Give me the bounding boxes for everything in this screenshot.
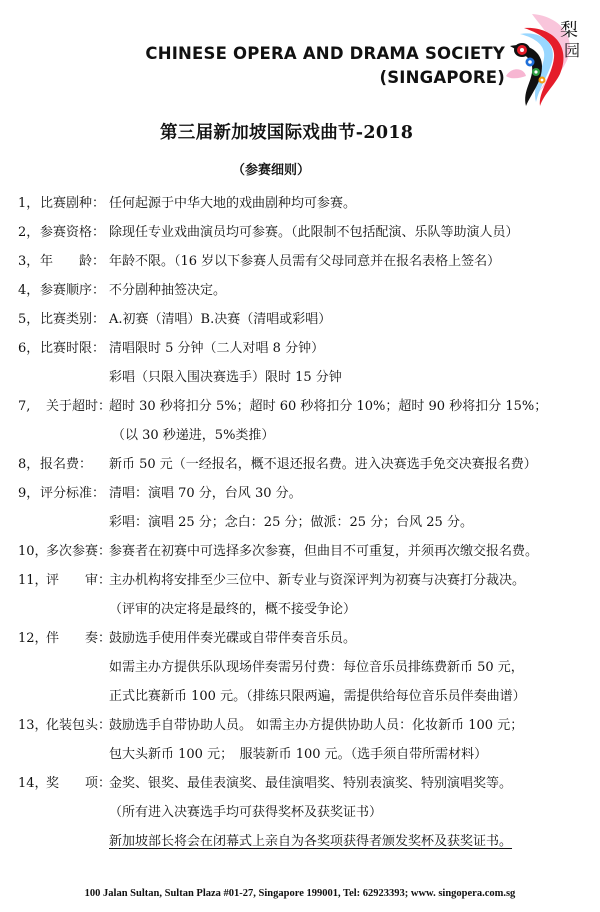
rule-text: 新加坡部长将会在闭幕式上亲自为各奖项获得者颁发奖杯及获奖证书。 xyxy=(109,834,512,850)
rule-label: 参赛顺序： xyxy=(40,283,105,299)
rule-number: 2， xyxy=(18,225,39,241)
rule-text: 除现任专业戏曲演员均可参赛。（此限制不包括配演、乐队等助演人员） xyxy=(109,225,519,241)
rule-label: 参赛资格： xyxy=(40,225,105,241)
rule-text: 参赛者在初赛中可选择多次参赛，但曲目不可重复，并须再次缴交报名费。 xyxy=(109,544,538,560)
rule-text: （所有进入决赛选手均可获得奖杯及获奖证书） xyxy=(109,805,382,821)
rule-number: 4， xyxy=(18,283,39,299)
svg-text:园: 园 xyxy=(564,41,580,60)
rule-text: （以 30 秒递进，5%类推） xyxy=(112,428,274,444)
rule-text: 新币 50 元（一经报名，概不退还报名费。进入决赛选手免交决赛报名费） xyxy=(109,457,537,473)
rule-text: 鼓励选手使用伴奏光碟或自带伴奏音乐员。 xyxy=(109,631,356,647)
org-name-line1: CHINESE OPERA AND DRAMA SOCIETY xyxy=(145,44,505,63)
rule-text: 正式比赛新币 100 元。（排练只限两遍，需提供给每位音乐员伴奏曲谱） xyxy=(109,689,526,705)
rule-text: 年龄不限。（16 岁以下参赛人员需有父母同意并在报名表格上签名） xyxy=(109,254,500,270)
rule-text: 清唱限时 5 分钟（二人对唱 8 分钟） xyxy=(109,341,324,357)
rule-number: 6， xyxy=(18,341,39,357)
footer-address: 100 Jalan Sultan, Sultan Plaza #01-27, S… xyxy=(0,888,600,899)
rule-text: 鼓励选手自带协助人员。 如需主办方提供协助人员：化妆新币 100 元； xyxy=(109,718,523,734)
rule-label: 多次参赛： xyxy=(46,544,111,560)
rule-label: 比赛类别： xyxy=(40,312,105,328)
rule-number: 13， xyxy=(18,718,48,734)
rule-label: 评分标准： xyxy=(40,486,105,502)
rule-label: 化装包头： xyxy=(46,718,111,734)
rule-label: 年 龄： xyxy=(40,254,105,270)
rule-text: 清唱：演唱 70 分，台风 30 分。 xyxy=(109,486,302,502)
rule-label: 报名费： xyxy=(40,457,92,473)
document-title: 第三届新加坡国际戏曲节-2018 xyxy=(160,119,413,144)
rule-text: 彩唱：演唱 25 分；念白：25 分；做派：25 分；台风 25 分。 xyxy=(109,515,473,531)
rule-number: 7, xyxy=(18,399,30,415)
rule-text: （评审的决定将是最终的，概不接受争论） xyxy=(109,602,356,618)
rule-text: 如需主办方提供乐队现场伴奏需另付费：每位音乐员排练费新币 50 元， xyxy=(109,660,524,676)
rule-label: 评 审： xyxy=(46,573,111,589)
org-name-line2: (SINGAPORE) xyxy=(379,68,505,87)
liyuan-logo-icon: 梨 园 xyxy=(502,6,598,110)
rule-number: 5， xyxy=(18,312,39,328)
rule-text: 主办机构将安排至少三位中、新专业与资深评判为初赛与决赛打分裁决。 xyxy=(109,573,525,589)
rule-number: 11， xyxy=(18,573,48,589)
rule-number: 8， xyxy=(18,457,39,473)
rule-text: 金奖、银奖、最佳表演奖、最佳演唱奖、特别表演奖、特别演唱奖等。 xyxy=(109,776,512,792)
rule-number: 12， xyxy=(18,631,48,647)
rule-text: 任何起源于中华大地的戏曲剧种均可参赛。 xyxy=(109,196,356,212)
rule-label: 奖 项： xyxy=(46,776,111,792)
rule-label: 比赛时限： xyxy=(40,341,105,357)
rule-number: 1， xyxy=(18,196,39,212)
logo-text: 梨 xyxy=(560,20,578,41)
rule-text: 不分剧种抽签决定。 xyxy=(109,283,226,299)
rule-number: 14， xyxy=(18,776,48,792)
rule-number: 10， xyxy=(18,544,48,560)
rule-text: 超时 30 秒将扣分 5%；超时 60 秒将扣分 10%；超时 90 秒将扣分 … xyxy=(109,399,547,415)
rule-text: A.初赛（清唱）B.决赛（清唱或彩唱） xyxy=(109,312,331,328)
rule-label: 伴 奏： xyxy=(46,631,111,647)
rule-label: 比赛剧种： xyxy=(40,196,105,212)
rule-text: 彩唱（只限入围决赛选手）限时 15 分钟 xyxy=(109,370,342,386)
rule-label: 关于超时： xyxy=(46,399,111,415)
rule-text: 包大头新币 100 元； 服装新币 100 元。（选手须自带所需材料） xyxy=(109,747,487,763)
rule-number: 3， xyxy=(18,254,39,270)
rule-number: 9， xyxy=(18,486,39,502)
document-subtitle: （参赛细则） xyxy=(232,159,310,178)
